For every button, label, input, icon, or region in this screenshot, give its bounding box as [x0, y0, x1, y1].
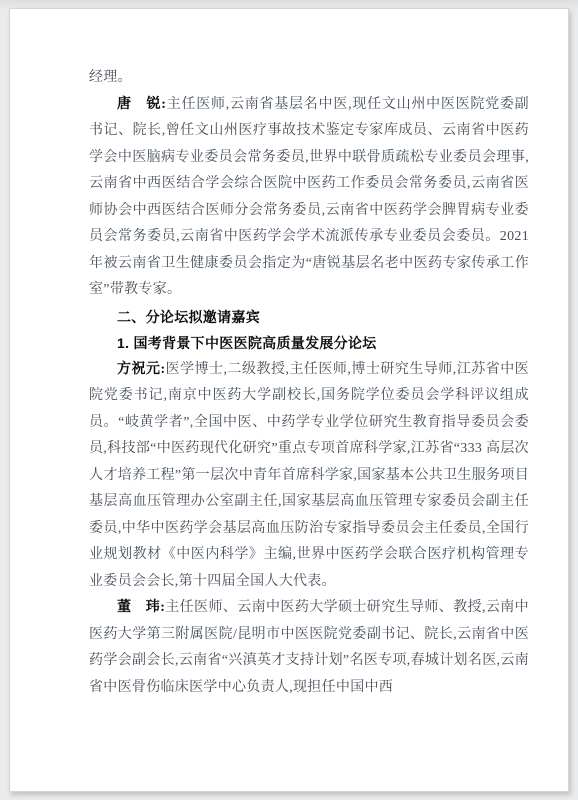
speaker-name: 董 玮: [117, 600, 165, 615]
paragraph-text: 二、分论坛拟邀请嘉宾 [117, 309, 260, 325]
paragraph-text: 1. 国考背景下中医医院高质量发展分论坛 [117, 335, 377, 351]
paragraph: 董 玮:主任医师、云南中医药大学硕士研究生导师、教授,云南中医药大学第三附属医院… [89, 595, 529, 701]
paragraph-text: 经理。 [89, 70, 132, 85]
subheading: 1. 国考背景下中医医院高质量发展分论坛 [89, 330, 529, 357]
heading: 二、分论坛拟邀请嘉宾 [89, 304, 529, 331]
speaker-name: 方祝元: [117, 362, 165, 377]
paragraph: 方祝元:医学博士,二级教授,主任医师,博士研究生导师,江苏省中医院党委书记,南京… [89, 357, 529, 596]
document-page: 经理。唐 锐:主任医师,云南省基层名中医,现任文山州中医医院党委副书记、院长,曾… [9, 8, 569, 792]
speaker-name: 唐 锐: [117, 97, 166, 112]
paragraph: 经理。 [89, 65, 529, 92]
paragraph: 唐 锐:主任医师,云南省基层名中医,现任文山州中医医院党委副书记、院长,曾任文山… [89, 92, 529, 304]
page-text: 经理。唐 锐:主任医师,云南省基层名中医,现任文山州中医医院党委副书记、院长,曾… [89, 65, 529, 701]
document-viewer[interactable]: 经理。唐 锐:主任医师,云南省基层名中医,现任文山州中医医院党委副书记、院长,曾… [0, 0, 578, 800]
paragraph-text: 医学博士,二级教授,主任医师,博士研究生导师,江苏省中医院党委书记,南京中医药大… [89, 362, 529, 589]
paragraph-text: 主任医师,云南省基层名中医,现任文山州中医医院党委副书记、院长,曾任文山州医疗事… [89, 97, 529, 298]
